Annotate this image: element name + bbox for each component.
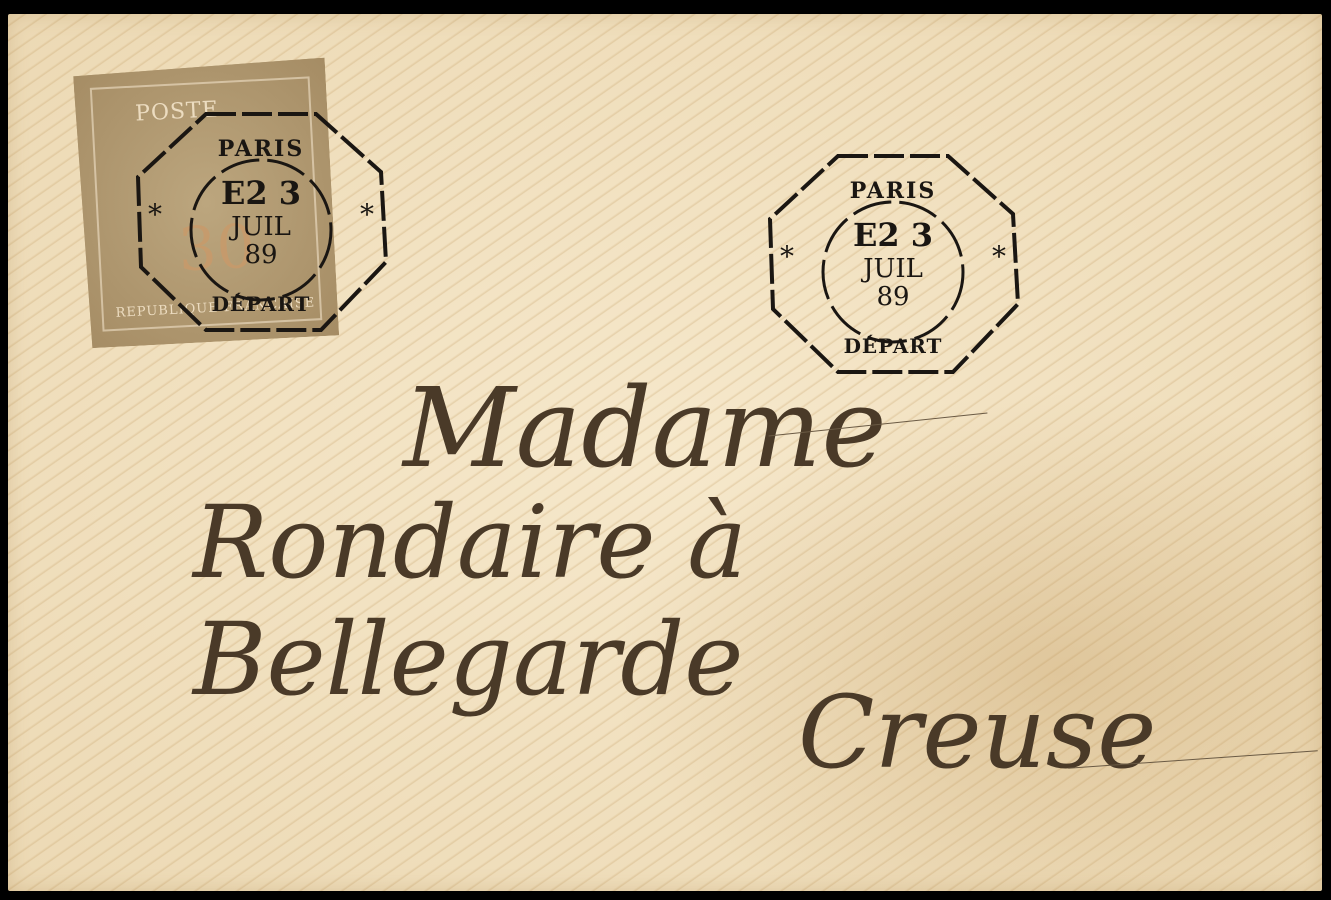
postmark-month: JUIL [758, 254, 1028, 284]
star-icon: * [360, 198, 374, 231]
postmark-on-stamp: PARIS E2 3 JUIL 89 DÉPART * * [126, 102, 396, 342]
envelope-cover: POSTE 30 REPUBLIQUE FRANÇAISE PARIS E2 3… [8, 14, 1322, 891]
postmark-year: 89 [758, 282, 1028, 312]
star-icon: * [780, 240, 794, 273]
postmark-year: 89 [126, 240, 396, 270]
star-icon: * [148, 198, 162, 231]
postmark-code: E2 3 [126, 174, 396, 212]
star-icon: * [992, 240, 1006, 273]
postmark-city: PARIS [126, 136, 396, 162]
postmark-code: E2 3 [758, 216, 1028, 254]
postmark-depart: DÉPART [126, 292, 396, 316]
postmark-month: JUIL [126, 212, 396, 242]
address-recipient: Madame [403, 364, 887, 492]
postmark-depart: DÉPART [758, 334, 1028, 358]
address-department: Creuse [798, 674, 1156, 791]
postmark-standalone: PARIS E2 3 JUIL 89 DÉPART * * [758, 144, 1028, 384]
postmark-city: PARIS [758, 178, 1028, 204]
